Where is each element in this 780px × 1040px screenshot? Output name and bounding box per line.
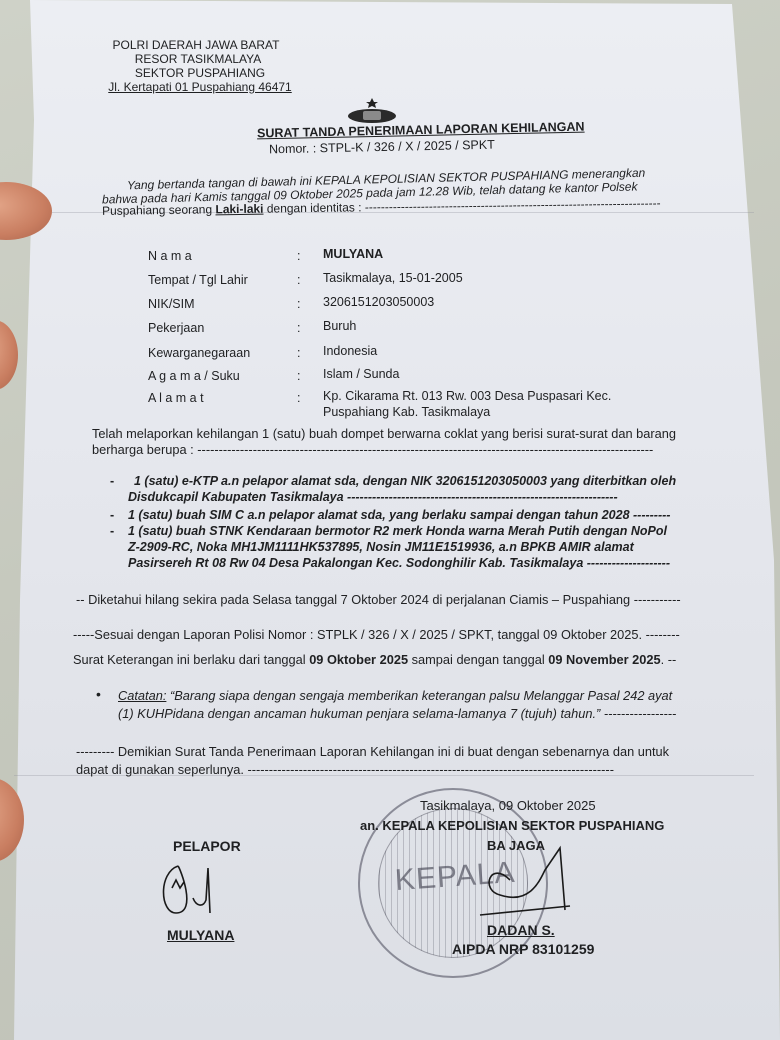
identity-label: NIK/SIM	[148, 297, 195, 312]
identity-colon: :	[297, 346, 300, 361]
letterhead-address: Jl. Kertapati 01 Puspahiang 46471	[100, 80, 300, 94]
item-text: 1 (satu) buah STNK Kendaraan bermotor R2…	[128, 524, 667, 539]
gender-value: Laki-laki	[215, 202, 263, 217]
note-label: Catatan:	[118, 688, 166, 703]
lost-info: -- Diketahui hilang sekira pada Selasa t…	[76, 592, 681, 607]
note-bullet: •	[96, 686, 101, 703]
identity-colon: :	[297, 297, 300, 312]
item-text: 1 (satu) e-KTP a.n pelapor alamat sda, d…	[134, 474, 676, 489]
letterhead-line-1: POLRI DAERAH JAWA BARAT	[96, 38, 296, 52]
letterhead-line-3: SEKTOR PUSPAHIANG	[100, 66, 300, 80]
intro-text: Puspahiang seorang	[102, 202, 216, 218]
identity-value: MULYANA	[323, 247, 383, 262]
identity-label: Pekerjaan	[148, 321, 204, 336]
validity-text: Surat Keterangan ini berlaku dari tangga…	[73, 652, 309, 667]
identity-label: A l a m a t	[148, 391, 204, 406]
identity-value: Kp. Cikarama Rt. 013 Rw. 003 Desa Puspas…	[323, 389, 611, 404]
place-date: Tasikmalaya, 09 Oktober 2025	[420, 798, 596, 814]
identity-value: 3206151203050003	[323, 295, 434, 310]
validity-statement: Surat Keterangan ini berlaku dari tangga…	[73, 652, 676, 667]
identity-label: N a m a	[148, 249, 192, 264]
item-text: Pasirsereh Rt 08 Rw 04 Desa Pakalongan K…	[128, 556, 670, 571]
identity-value-continued: Puspahiang Kab. Tasikmalaya	[323, 405, 490, 420]
identity-colon: :	[297, 273, 300, 288]
identity-label: Kewarganegaraan	[148, 346, 250, 361]
validity-text: . --	[661, 652, 677, 667]
identity-value: Islam / Sunda	[323, 367, 399, 382]
item-bullet: -	[110, 508, 114, 523]
identity-colon: :	[297, 391, 300, 406]
identity-value: Indonesia	[323, 344, 377, 359]
on-behalf-of: an. KEPALA KEPOLISIAN SEKTOR PUSPAHIANG	[360, 818, 664, 834]
identity-colon: :	[297, 249, 300, 264]
identity-label: Tempat / Tgl Lahir	[148, 273, 248, 288]
identity-colon: :	[297, 321, 300, 336]
item-text: Z-2909-RC, Noka MH1JM1111HK537895, Nosin…	[128, 540, 634, 555]
identity-value: Buruh	[323, 319, 356, 334]
closing-line-1: --------- Demikian Surat Tanda Penerimaa…	[76, 744, 669, 759]
item-bullet: -	[110, 524, 114, 539]
reporter-label: PELAPOR	[173, 838, 241, 855]
closing-line-2: dapat di gunakan seperlunya. -----------…	[76, 762, 614, 777]
note-line-2: (1) KUHPidana dengan ancaman hukuman pen…	[118, 706, 676, 721]
validity-start: 09 Oktober 2025	[309, 652, 408, 667]
item-bullet: -	[110, 474, 114, 489]
reporter-signature	[158, 858, 228, 920]
officer-signature	[420, 840, 590, 930]
report-line-1: Telah melaporkan kehilangan 1 (satu) bua…	[92, 426, 676, 441]
note-text: “Barang siapa dengan sengaja memberikan …	[166, 688, 672, 703]
validity-end: 09 November 2025	[548, 652, 660, 667]
police-report-reference: -----Sesuai dengan Laporan Polisi Nomor …	[73, 627, 680, 642]
reporter-name: MULYANA	[167, 927, 234, 944]
note-line-1: Catatan: “Barang siapa dengan sengaja me…	[118, 688, 672, 703]
identity-label: A g a m a / Suku	[148, 369, 240, 384]
officer-name: DADAN S.	[487, 922, 555, 939]
identity-value: Tasikmalaya, 15-01-2005	[323, 271, 463, 286]
identity-colon: :	[297, 369, 300, 384]
validity-text: sampai dengan tanggal	[408, 652, 548, 667]
letterhead-line-2: RESOR TASIKMALAYA	[98, 52, 298, 66]
item-text: Disdukcapil Kabupaten Tasikmalaya ------…	[128, 490, 618, 505]
police-emblem-icon	[345, 98, 399, 124]
report-line-2: berharga berupa : ----------------------…	[92, 442, 653, 457]
officer-rank: AIPDA NRP 83101259	[452, 941, 594, 958]
item-text: 1 (satu) buah SIM C a.n pelapor alamat s…	[128, 508, 670, 523]
